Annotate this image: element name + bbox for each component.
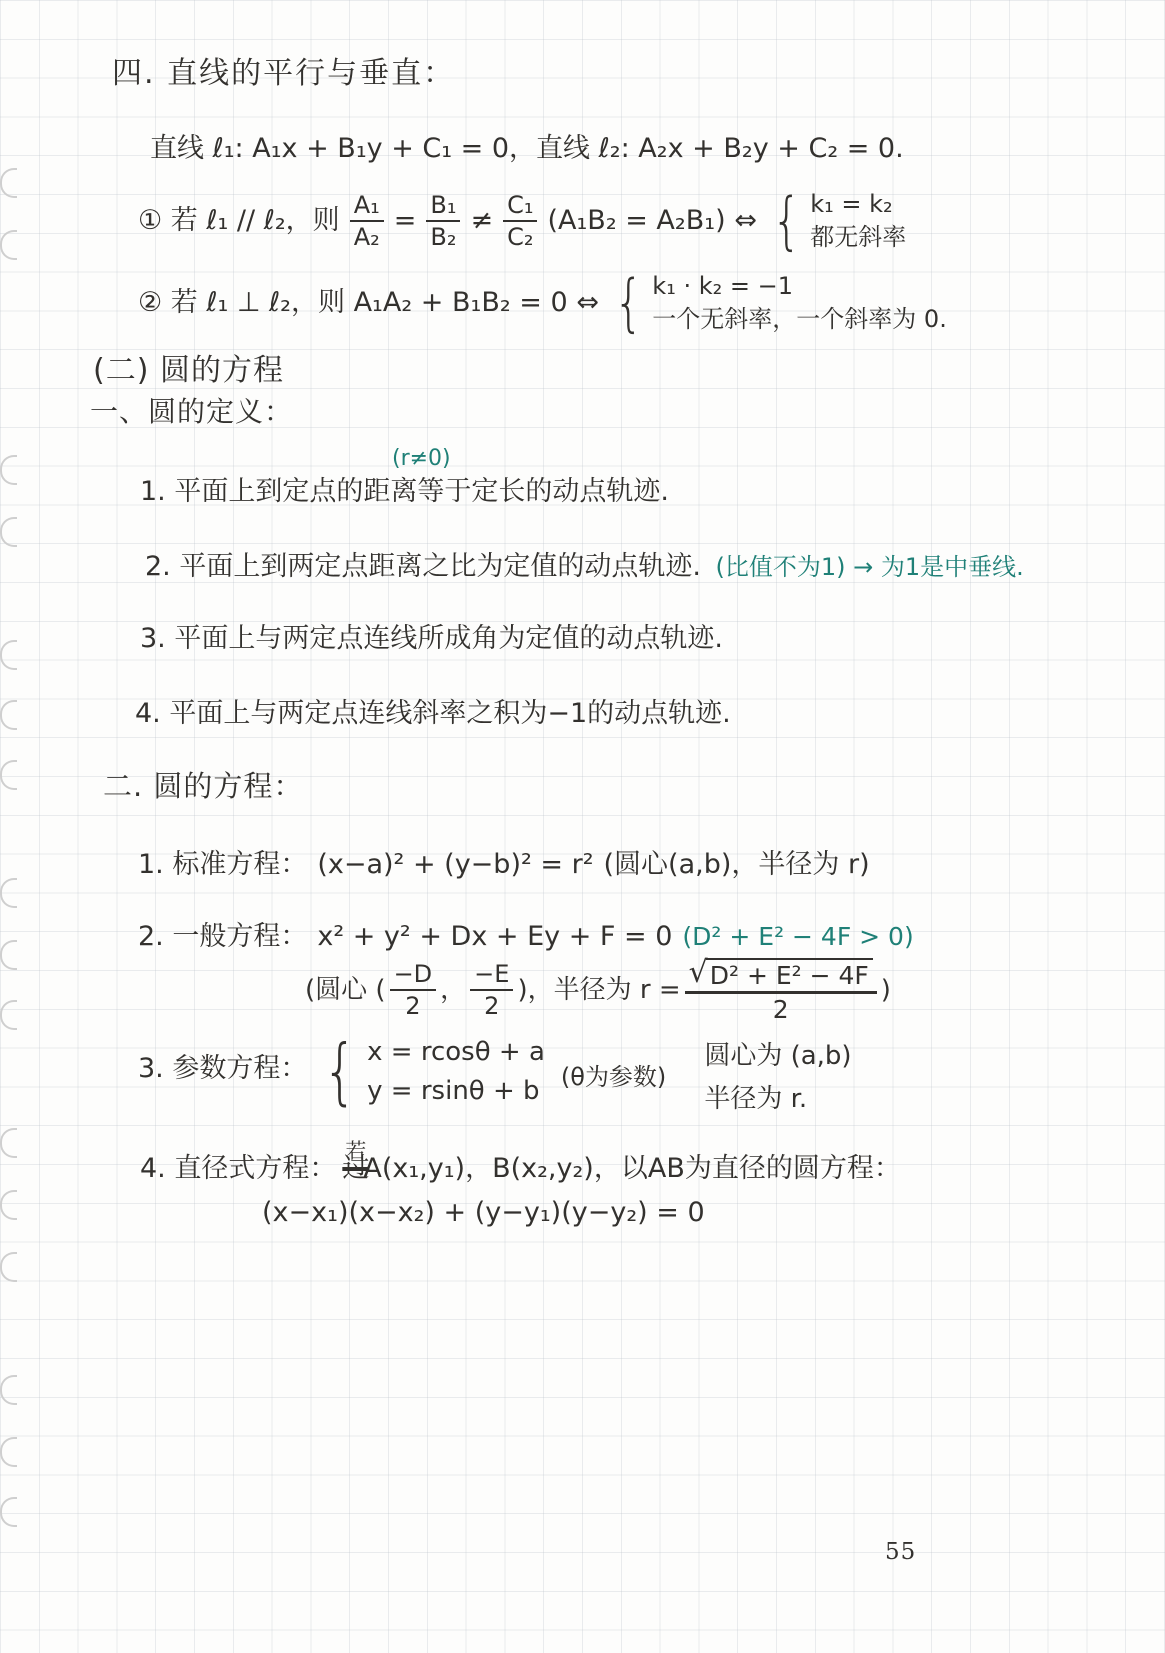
diameter-equation-row: 4. 直径式方程： 过 若 A(x₁,y₁)，B(x₂,y₂)，以AB为直径的圆… — [140, 1152, 901, 1186]
left-brace-glyph: { — [323, 1039, 357, 1104]
parametric-x-line: x = rcosθ + a — [367, 1038, 545, 1067]
standard-equation-row: 1. 标准方程： (x−a)² + (y−b)² = r² (圆心(a,b)，半… — [138, 848, 870, 882]
fraction-a1-a2: A₁ A₂ — [350, 193, 384, 249]
parametric-radius-note: 半径为 r. — [704, 1085, 851, 1114]
fraction-neg-e-2: −E 2 — [470, 962, 513, 1018]
perpendicular-cases: { k₁ · k₂ = −1 一个无斜率，一个斜率为 0. — [609, 272, 947, 334]
spiral-binding-mark — [0, 1437, 17, 1467]
notebook-page: 四. 直线的平行与垂直： 直线 ℓ₁: A₁x + B₁y + C₁ = 0，直… — [0, 0, 1165, 1653]
general-equation-formula: x² + y² + Dx + Ey + F = 0 — [317, 920, 672, 954]
annotation-ratio-note: (比值不为1) → 为1是中垂线. — [716, 553, 1024, 581]
parametric-system-lines: x = rcosθ + a y = rsinθ + b — [367, 1038, 545, 1105]
spiral-binding-mark — [0, 1497, 17, 1527]
parallel-prefix: ① 若 ℓ₁ // ℓ₂，则 — [138, 204, 340, 238]
spiral-binding-mark — [0, 230, 17, 260]
parallel-case-lines: k₁ = k₂ 都无斜率 — [810, 190, 906, 252]
parallel-cases: { k₁ = k₂ 都无斜率 — [767, 190, 906, 252]
circle-def-4: 4. 平面上与两定点连线斜率之积为−1的动点轨迹. — [135, 697, 731, 731]
spiral-binding-mark — [0, 878, 17, 908]
circle-def-1: 1. 平面上到定点的距离等于定长的动点轨迹. — [140, 475, 669, 509]
fraction-c1-c2: C₁ C₂ — [503, 193, 537, 249]
parametric-system: { x = rcosθ + a y = rsinθ + b — [317, 1038, 545, 1105]
diameter-equation-label: 4. 直径式方程： — [140, 1152, 336, 1186]
case-one-no-slope: 一个无斜率，一个斜率为 0. — [652, 305, 947, 334]
fraction-b1-b2: B₁ B₂ — [426, 193, 460, 249]
annotation-r-not-zero: (r≠0) — [392, 445, 451, 473]
section-title-lines: 四. 直线的平行与垂直： — [112, 55, 455, 93]
perpendicular-condition-row: ② 若 ℓ₁ ⊥ ℓ₂，则 A₁A₂ + B₁B₂ = 0 ⇔ { k₁ · k… — [138, 272, 947, 334]
spiral-binding-mark — [0, 640, 17, 670]
section-heading-circle: (二) 圆的方程 — [93, 352, 284, 390]
general-equation-center-row: (圆心 ( −D 2 ， −E 2 )，半径为 r = √D² + E² − 4… — [305, 958, 891, 1022]
parallel-condition-row: ① 若 ℓ₁ // ℓ₂，则 A₁ A₂ = B₁ B₂ ≠ C₁ C₂ (A₁… — [138, 190, 906, 252]
annotation-discriminant: (D² + E² − 4F > 0) — [682, 921, 913, 952]
spiral-binding-mark — [0, 517, 17, 547]
case-no-slope: 都无斜率 — [810, 223, 906, 252]
standard-equation-label: 1. 标准方程： — [138, 848, 307, 882]
center-prefix: (圆心 ( — [305, 974, 386, 1007]
spiral-binding-mark — [0, 168, 17, 198]
page-number: 55 — [885, 1538, 916, 1567]
case-slopes-equal: k₁ = k₂ — [810, 190, 906, 219]
standard-equation-formula: (x−a)² + (y−b)² = r² — [317, 848, 593, 882]
theta-parameter-note: (θ为参数) — [561, 1038, 666, 1092]
spiral-binding-mark — [0, 455, 17, 485]
general-equation-row: 2. 一般方程： x² + y² + Dx + Ey + F = 0 (D² +… — [138, 920, 914, 954]
circle-def-2: 2. 平面上到两定点距离之比为定值的动点轨迹. — [145, 551, 701, 582]
spiral-binding-mark — [0, 1128, 17, 1158]
left-brace-glyph: { — [772, 193, 802, 249]
standard-equation-note: (圆心(a,b)，半径为 r) — [604, 848, 870, 882]
parametric-equation-row: 3. 参数方程： { x = rcosθ + a y = rsinθ + b (… — [138, 1038, 852, 1113]
left-brace-glyph: { — [614, 275, 644, 331]
parallel-paren-note: (A₁B₂ = A₂B₁) ⇔ — [547, 204, 756, 238]
diameter-equation-formula: (x−x₁)(x−x₂) + (y−y₁)(y−y₂) = 0 — [262, 1196, 705, 1230]
perpendicular-case-lines: k₁ · k₂ = −1 一个无斜率，一个斜率为 0. — [652, 272, 947, 334]
diameter-equation-text: A(x₁,y₁)，B(x₂,y₂)，以AB为直径的圆方程： — [363, 1152, 901, 1186]
subheading-circle-definition: 一、圆的定义： — [90, 394, 293, 429]
parametric-y-line: y = rsinθ + b — [367, 1077, 545, 1106]
parametric-center-note: 圆心为 (a,b) — [704, 1042, 851, 1071]
spiral-binding-mark — [0, 940, 17, 970]
parametric-notes: 圆心为 (a,b) 半径为 r. — [704, 1038, 851, 1113]
spiral-binding-mark — [0, 1375, 17, 1405]
center-mid-text: )，半径为 r = — [517, 974, 680, 1007]
circle-def-3: 3. 平面上与两定点连线所成角为定值的动点轨迹. — [140, 622, 723, 656]
perpendicular-prefix: ② 若 ℓ₁ ⊥ ℓ₂，则 A₁A₂ + B₁B₂ = 0 ⇔ — [138, 286, 599, 320]
fraction-neg-d-2: −D 2 — [390, 962, 437, 1018]
spiral-binding-mark — [0, 1252, 17, 1282]
spiral-binding-mark — [0, 760, 17, 790]
spiral-binding-mark — [0, 1190, 17, 1220]
close-paren: ) — [881, 974, 891, 1007]
spiral-binding-mark — [0, 700, 17, 730]
not-equals-sign: ≠ — [470, 204, 493, 238]
circle-def-2-row: 2. 平面上到两定点距离之比为定值的动点轨迹. (比值不为1) → 为1是中垂线… — [145, 550, 1024, 584]
radius-fraction: √D² + E² − 4F 2 — [685, 958, 877, 1022]
equals-sign: = — [394, 204, 417, 238]
radical-expression: √D² + E² − 4F — [685, 958, 877, 994]
spiral-binding-mark — [0, 1000, 17, 1030]
section-heading-circle-equations: 二. 圆的方程： — [103, 768, 303, 804]
line-definitions: 直线 ℓ₁: A₁x + B₁y + C₁ = 0，直线 ℓ₂: A₂x + B… — [150, 132, 904, 166]
case-slope-product: k₁ · k₂ = −1 — [652, 272, 947, 301]
general-equation-label: 2. 一般方程： — [138, 920, 307, 954]
parametric-equation-label: 3. 参数方程： — [138, 1038, 307, 1086]
comma-separator: ， — [440, 974, 466, 1007]
